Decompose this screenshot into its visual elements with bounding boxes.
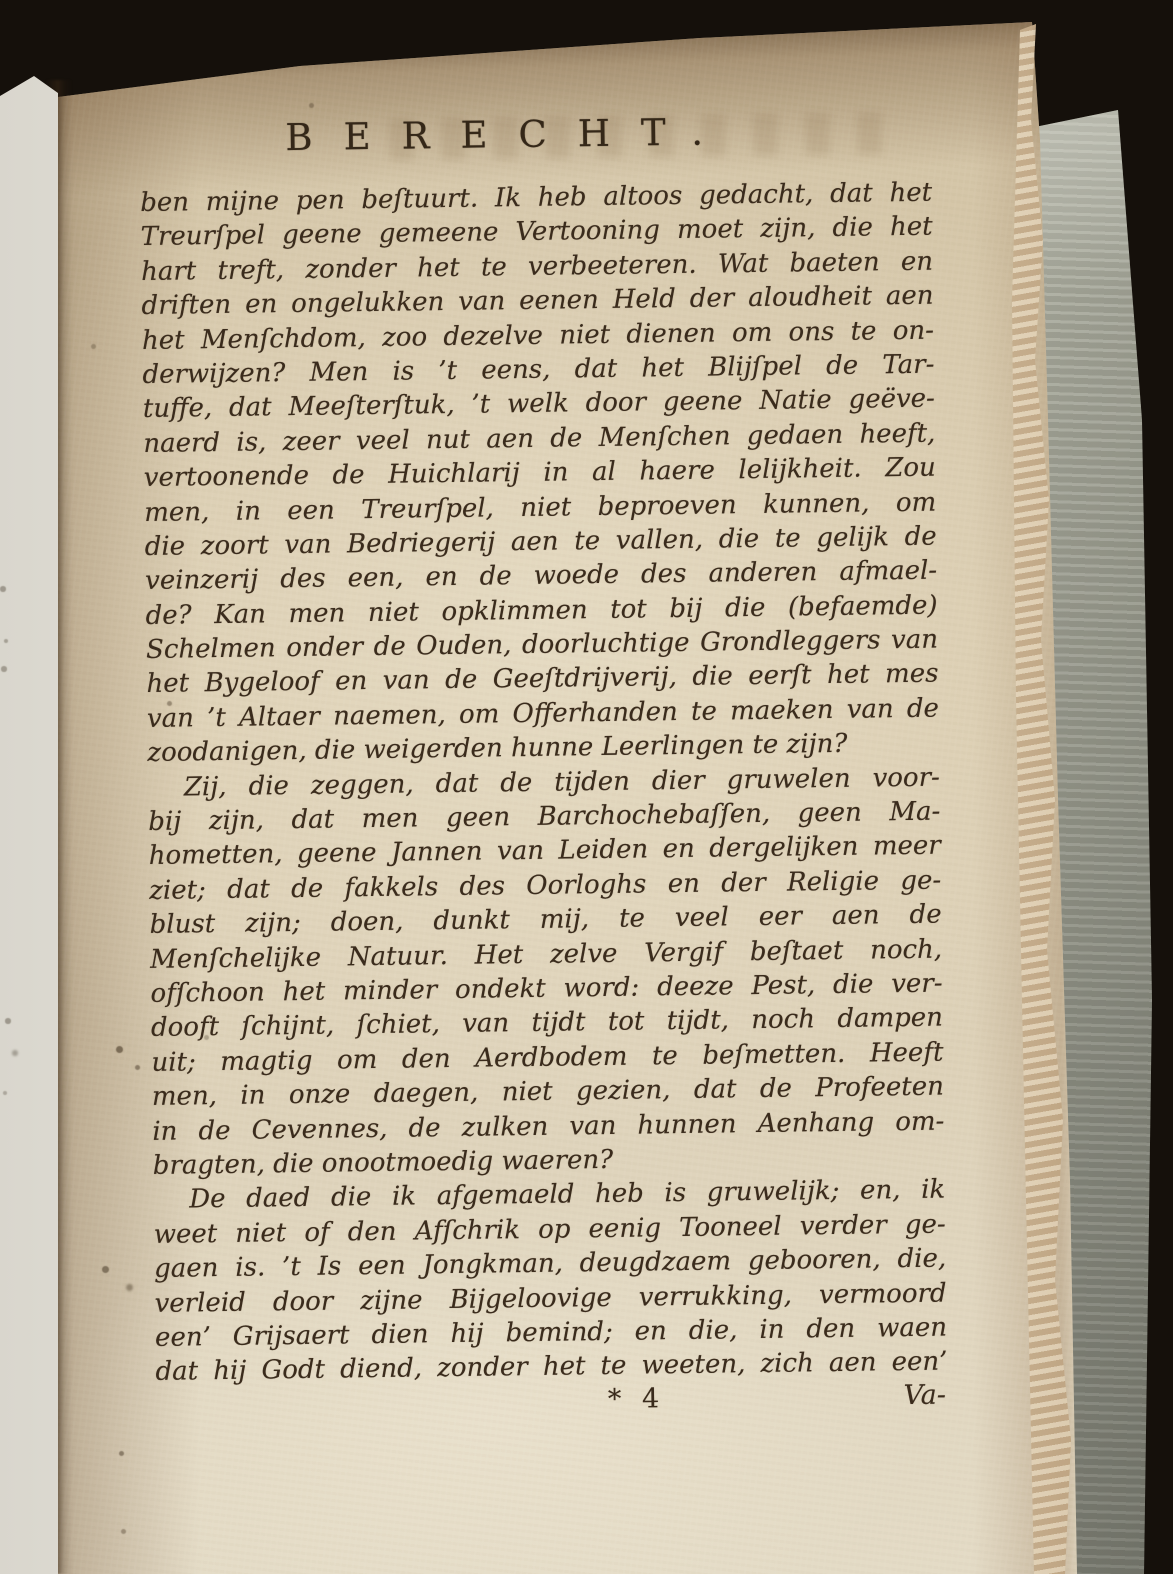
book-photo: BERECHT. ben mijne pen beſtuurt. Ik heb … — [0, 0, 1173, 1574]
printed-content: BERECHT. ben mijne pen beſtuurt. Ik heb … — [140, 176, 932, 186]
signature-mark: * 4 — [608, 1383, 666, 1415]
body-text: ben mijne pen beſtuurt. Ik heb altoos ge… — [140, 176, 948, 1390]
page-title: BERECHT. — [285, 110, 734, 159]
catchword: Va- — [903, 1380, 946, 1412]
show-through-marks — [0, 0, 2, 2]
ink-specks — [0, 0, 3, 3]
book-page: BERECHT. ben mijne pen beſtuurt. Ik heb … — [0, 0, 1173, 1574]
